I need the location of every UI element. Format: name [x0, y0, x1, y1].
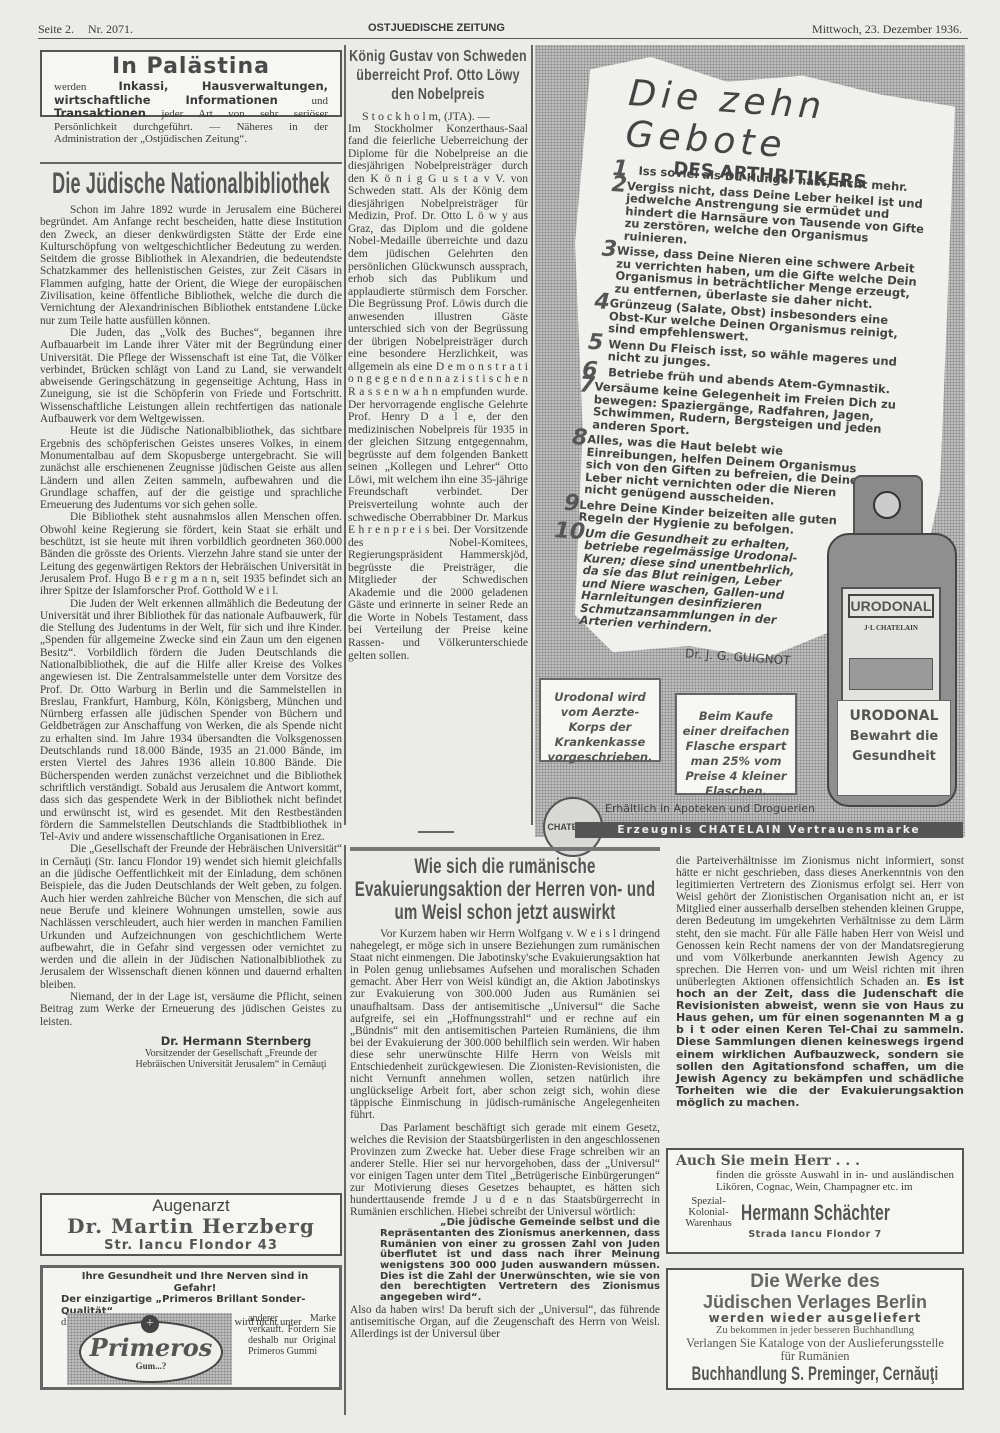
ad-palaestina: In Palästina werden Inkassi, Hausverwalt…	[40, 50, 342, 117]
ad-juedischer-verlag: Die Werke des Jüdischen Verlages Berlin …	[666, 1268, 964, 1390]
page-number: Seite 2.	[38, 22, 74, 37]
article-evakuierung-continued: die Parteiverhältnisse im Zionismus nich…	[676, 855, 964, 1109]
divider	[350, 847, 660, 851]
article-body: Schon im Jahre 1892 wurde in Jerusalem e…	[40, 204, 342, 1028]
shop-name: Hermann Schächter	[741, 1200, 890, 1226]
slogan-box: URODONAL Bewahrt die Gesundheit	[837, 700, 951, 796]
availability-text: Erhältlich in Apoteken und Droguerien	[605, 802, 815, 815]
article-evakuierung: Wie sich die rumänische Evakuierungsakti…	[350, 855, 660, 1340]
issue-date: Mittwoch, 23. Dezember 1936.	[812, 22, 962, 37]
info-box-preis: Beim Kaufe einer dreifachen Flasche ersp…	[675, 693, 797, 795]
article-title: König Gustav von Schweden überreicht Pro…	[348, 47, 528, 104]
column-divider	[531, 45, 533, 825]
ad-schaechter: Auch Sie mein Herr . . . finden die grös…	[666, 1148, 964, 1254]
page-header: Seite 2. Nr. 2071. OSTJUEDISCHE ZEITUNG …	[38, 20, 968, 39]
article-nobelpreis: König Gustav von Schweden überreicht Pro…	[348, 47, 528, 662]
column-divider	[344, 845, 346, 1415]
article-nationalbibliothek: Die Jüdische Nationalbibliothek Schon im…	[40, 168, 342, 1070]
article-title: Wie sich die rumänische Evakuierungsakti…	[350, 855, 660, 924]
article-author: Dr. Hermann Sternberg	[40, 1034, 342, 1048]
issue-number: Nr. 2071.	[88, 22, 133, 37]
column-divider	[344, 45, 346, 825]
divider	[40, 162, 342, 164]
article-body: S t o c k h o l m, (JTA). — Im Stockholm…	[348, 110, 528, 662]
primeros-logo: + Primeros Gum...?	[67, 1313, 232, 1385]
newspaper-name: OSTJUEDISCHE ZEITUNG	[368, 22, 505, 34]
divider	[418, 831, 454, 833]
cross-icon: +	[141, 1315, 159, 1333]
ad-primeros: Ihre Gesundheit und Ihre Nerven sind in …	[40, 1265, 342, 1390]
ad-herzberg: Augenarzt Dr. Martin Herzberg Str. Iancu…	[40, 1193, 342, 1256]
article-body: Vor Kurzem haben wir Herrn Wolfgang v. W…	[350, 928, 660, 1340]
ad-urodonal: Die zehn Gebote DES ARTHRITIKERS 1Iss so…	[535, 45, 965, 837]
article-title: Die Jüdische Nationalbibliothek	[40, 168, 341, 200]
commandment-10: 10Um die Gesundheit zu erhalten, betrieb…	[549, 525, 805, 640]
ad-palaestina-title: In Palästina	[54, 54, 328, 80]
author-title: Vorsitzender der Gesellschaft „Freunde d…	[40, 1048, 342, 1070]
info-box-krankenkasse: Urodonal wird vom Aerzte-Korps der Krank…	[539, 678, 661, 762]
bottle-cap-emblem-icon	[873, 491, 901, 519]
ad-palaestina-text: werden Inkassi, Hausverwaltungen, wirtsc…	[54, 80, 328, 146]
quote-universul: „Die jüdische Gemeinde selbst und die Re…	[380, 1218, 660, 1304]
brand-banner: Erzeugnis CHATELAIN Vertrauensmarke	[575, 822, 963, 838]
